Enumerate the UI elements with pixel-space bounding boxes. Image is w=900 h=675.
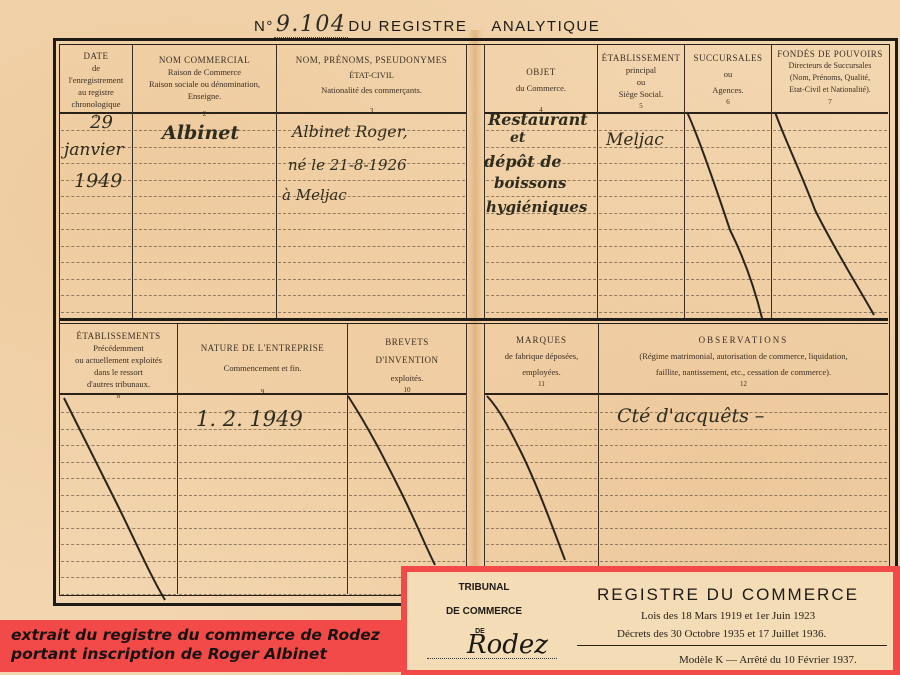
caption-line-2: portant inscription de Roger Albinet	[0, 645, 404, 664]
law-line-2: Décrets des 30 Octobre 1935 et 17 Juille…	[617, 628, 826, 640]
model-line: Modèle K — Arrêté du 10 Février 1937.	[679, 654, 857, 666]
caption-line-1: extrait du registre du commerce de Rodez	[0, 620, 404, 645]
tribunal-city: Rodez	[467, 630, 548, 660]
entry-nature: 1. 2. 1949	[196, 407, 303, 431]
entry-observations: Cté d'acquêts –	[617, 405, 764, 427]
caption-box: extrait du registre du commerce de Rodez…	[0, 620, 404, 672]
registre-title: REGISTRE DU COMMERCE	[597, 585, 859, 605]
stamp-rule	[577, 645, 887, 646]
registre-stamp: TRIBUNAL DE COMMERCE DE Rodez REGISTRE D…	[401, 566, 900, 675]
tribunal-line-2: DE COMMERCE	[429, 606, 539, 617]
tribunal-line-1: TRIBUNAL	[429, 582, 539, 593]
law-line-1: Lois des 18 Mars 1919 et 1er Juin 1923	[641, 610, 815, 622]
city-underline	[427, 658, 557, 659]
